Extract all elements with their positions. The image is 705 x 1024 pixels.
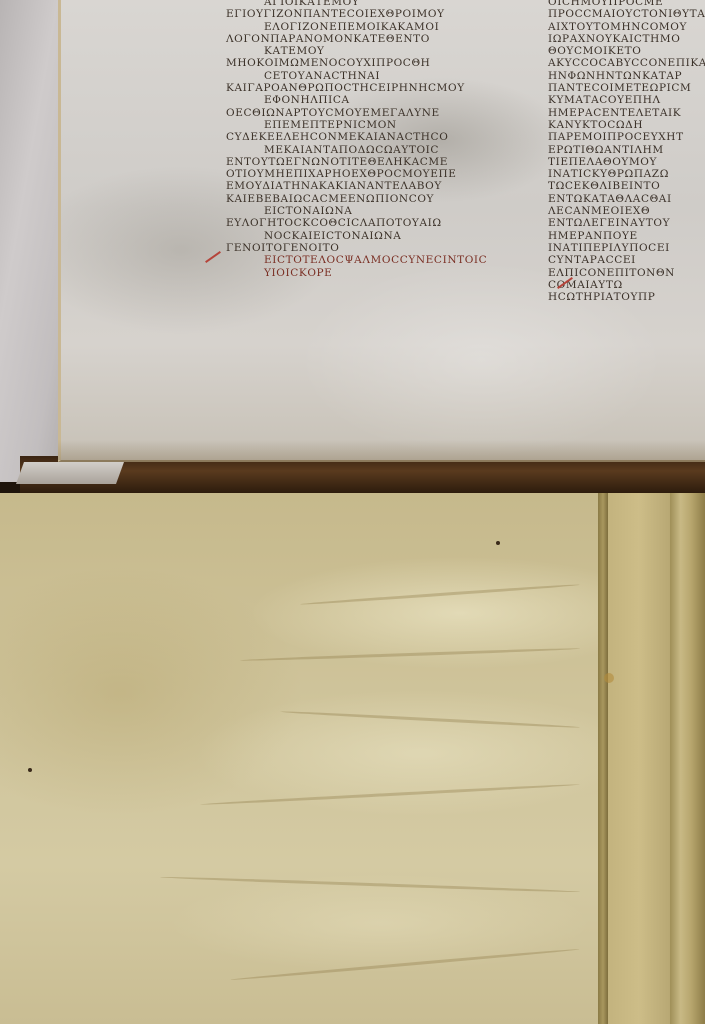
manuscript-line: ΟΤΙΟΥΜΗΕΠΙΧΑΡΗΟΕΧΘΡΟCΜΟΥΕΠΕ bbox=[226, 168, 487, 180]
manuscript-line: ΝΟCΚΑΙΕΙCΤΟΝΑΙΩΝΑ bbox=[226, 230, 487, 242]
ink-speck bbox=[496, 541, 500, 545]
manuscript-line: ΤΙΕΠΕΛΑΘΟΥΜΟΥ bbox=[548, 156, 705, 168]
manuscript-line: ΑΓΙΟΙΚΑΤΕΜΟΥ bbox=[226, 0, 487, 8]
manuscript-line: ΛΕCΑΝΜΕΟΙΕΧΘ bbox=[548, 205, 705, 217]
wrinkle bbox=[300, 583, 580, 606]
manuscript-line: ΕΠΕΜΕΠΤΕΡΝΙCΜΟΝ bbox=[226, 119, 487, 131]
manuscript-line: ΚΑΙΓΑΡΟΑΝΘΡΩΠΟCΤΗCΕΙΡΗΝΗCΜΟΥ bbox=[226, 82, 487, 94]
manuscript-line: ΜΗΟΚΟΙΜΩΜΕΝΟCΟΥΧΙΠΡΟCΘΗ bbox=[226, 57, 487, 69]
manuscript-line: ΕΦΟΝΗΛΠΙCΑ bbox=[226, 94, 487, 106]
manuscript-line: ΚΑΝΥΚΤΟCΩΔΗ bbox=[548, 119, 705, 131]
manuscript-line: ΚΑΙΕΒΕΒΑΙΩCΑCΜΕΕΝΩΠΙΟΝCΟΥ bbox=[226, 193, 487, 205]
vellum-closeup-photo bbox=[0, 493, 705, 1024]
wrinkle bbox=[200, 783, 580, 806]
manuscript-line: ΚΑΤΕΜΟΥ bbox=[226, 45, 487, 57]
manuscript-line: ΕΓΙΟΥΓΙΖΟΝΠΑΝΤΕCΟΙΕΧΘΡΟΙΜΟΥ bbox=[226, 8, 487, 20]
manuscript-line: ΗΜΕΡΑCΕΝΤΕΛΕΤΑΙΚ bbox=[548, 107, 705, 119]
manuscript-line: COMΑΙΑΥΤΩ bbox=[548, 279, 705, 291]
ink-speck bbox=[28, 768, 32, 772]
manuscript-line: ΕΥΛΟΓΗΤΟCΚCΟΘCΙCΛΑΠΟΤΟΥΑΙΩ bbox=[226, 217, 487, 229]
manuscript-line: ΕΙCΤΟΝΑΙΩΝΑ bbox=[226, 205, 487, 217]
manuscript-line: ΠΡΟCCΜΑΙΟΥCΤΟΝΙΘΥΤΑΙΝ bbox=[548, 8, 705, 20]
manuscript-line: ΑΙΧΤΟΥΤΟΜΗΝCΟΜΟΥ bbox=[548, 21, 705, 33]
manuscript-line: ΙΝΑΤΙCΚΥΘΡΩΠΑΖΩ bbox=[548, 168, 705, 180]
manuscript-line: ΟΙCΗΜΟΥΠΡΟCΜΕ bbox=[548, 0, 705, 8]
manuscript-line: ΕΝΤΩΛΕΓΕΙΝΑΥΤΟΥ bbox=[548, 217, 705, 229]
manuscript-line: ΑΚΥCCΟCΑΒΥCCΟΝΕΠΙΚΑ bbox=[548, 57, 705, 69]
wrinkle bbox=[240, 647, 580, 662]
wrinkle bbox=[160, 876, 580, 894]
binding-edge bbox=[670, 493, 705, 1024]
manuscript-line: ΙΩΡΑΧΝΟΥΚΑΙCΤΗΜΟ bbox=[548, 33, 705, 45]
wrinkle bbox=[231, 948, 580, 981]
binding-strip bbox=[608, 493, 670, 1024]
manuscript-line: ΕΜΟΥΔΙΑΤΗΝΑΚΑΚΙΑΝΑΝΤΕΛΑΒΟΥ bbox=[226, 180, 487, 192]
wrinkle bbox=[280, 710, 580, 729]
manuscript-line: ΙΝΑΤΙΠΕΡΙΛΥΠΟCΕΙ bbox=[548, 242, 705, 254]
right-text-column: ΟΙCΗΜΟΥΠΡΟCΜΕΠΡΟCCΜΑΙΟΥCΤΟΝΙΘΥΤΑΙΝΑΙΧΤΟΥ… bbox=[548, 0, 705, 303]
manuscript-line: CΥΔΕΚΕΕΛΕΗCΟΝΜΕΚΑΙΑΝΑCΤΗCΟ bbox=[226, 131, 487, 143]
manuscript-line: ΤΩCΕΚΘΛΙΒΕΙΝΤΟ bbox=[548, 180, 705, 192]
manuscript-line: CΥΝΤΑΡΑCCΕΙ bbox=[548, 254, 705, 266]
manuscript-line: ΗCΩΤΗΡΙΑΤΟΥΠΡ bbox=[548, 291, 705, 303]
manuscript-line: ΛΟΓΟΝΠΑΡΑΝΟΜΟΝΚΑΤΕΘΕΝΤΟ bbox=[226, 33, 487, 45]
manuscript-line: ΚΥΜΑΤΑCΟΥΕΠΗΛ bbox=[548, 94, 705, 106]
manuscript-line: ΥΙΟΙCΚΟΡΕ bbox=[226, 267, 487, 279]
manuscript-line: ΟΕCΘΙΩΝΑΡΤΟΥCΜΟΥΕΜΕΓΑΛΥΝΕ bbox=[226, 107, 487, 119]
underlying-sheet-edge bbox=[16, 462, 124, 484]
binding-gutter bbox=[598, 493, 608, 1024]
stain bbox=[604, 673, 614, 683]
manuscript-line: CΕΤΟΥΑΝΑCΤΗΝΑΙ bbox=[226, 70, 487, 82]
manuscript-page-photo: ΑΓΙΟΙΚΑΤΕΜΟΥΕΓΙΟΥΓΙΖΟΝΠΑΝΤΕCΟΙΕΧΘΡΟΙΜΟΥΕ… bbox=[0, 0, 705, 493]
manuscript-line: ΜΕΚΑΙΑΝΤΑΠΟΔΩCΩΑΥΤΟΙC bbox=[226, 144, 487, 156]
manuscript-line: ΕΝΤΩΚΑΤΑΘΛΑCΘΑΙ bbox=[548, 193, 705, 205]
manuscript-line: ΠΑΡΕΜΟΙΠΡΟCΕΥΧΗΤ bbox=[548, 131, 705, 143]
page-bottom-edge bbox=[58, 440, 705, 460]
manuscript-line: ΘΟΥCΜΟΙΚΕΤΟ bbox=[548, 45, 705, 57]
manuscript-line: ΕΙCΤΟΤΕΛΟCΨΑΛΜΟCCΥΝΕCΙΝΤΟΙC bbox=[226, 254, 487, 266]
manuscript-line: ΓΕΝΟΙΤΟΓΕΝΟΙΤΟ bbox=[226, 242, 487, 254]
left-text-column: ΑΓΙΟΙΚΑΤΕΜΟΥΕΓΙΟΥΓΙΖΟΝΠΑΝΤΕCΟΙΕΧΘΡΟΙΜΟΥΕ… bbox=[226, 0, 487, 279]
manuscript-line: ΕΝΤΟΥΤΩΕΓΝΩΝΟΤΙΤΕΘΕΛΗΚΑCΜΕ bbox=[226, 156, 487, 168]
manuscript-line: ΠΑΝΤΕCΟΙΜΕΤΕΩΡΙCΜ bbox=[548, 82, 705, 94]
manuscript-line: ΕΡΩΤΙΘΩΑΝΤΙΛΗΜ bbox=[548, 144, 705, 156]
manuscript-line: ΕΛΟΓΙΖΟΝΕΠΕΜΟΙΚΑΚΑΜΟΙ bbox=[226, 21, 487, 33]
manuscript-line: ΗΝΦΩΝΗΝΤΩΝΚΑΤΑΡ bbox=[548, 70, 705, 82]
manuscript-line: ΗΜΕΡΑΝΠΟΥΕ bbox=[548, 230, 705, 242]
